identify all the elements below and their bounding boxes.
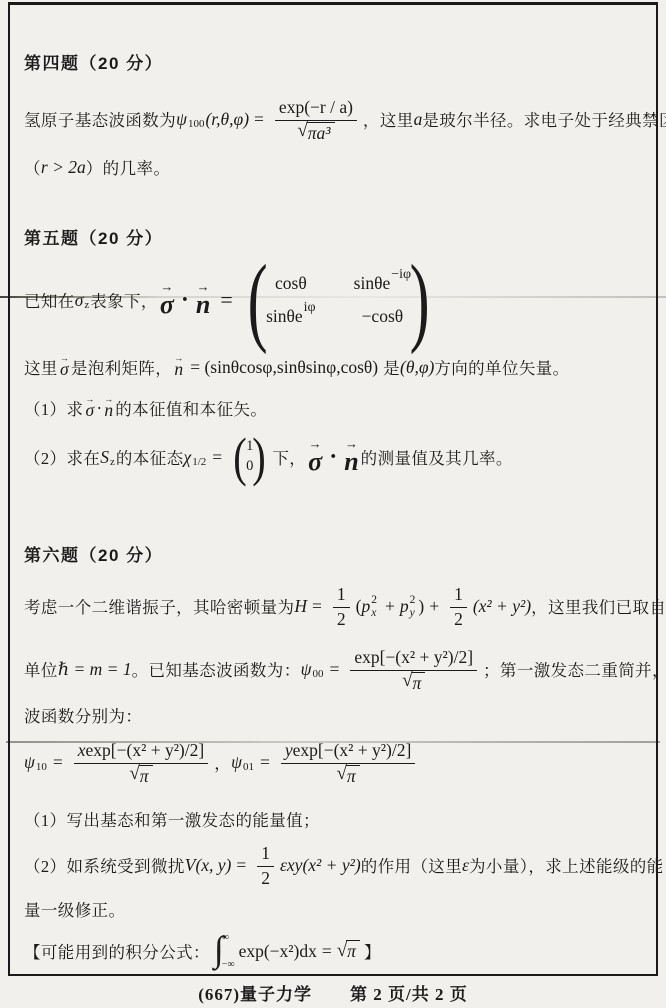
question-4-condition-line: （ r > 2a ）的几率。 xyxy=(24,154,644,180)
momentum-x: p xyxy=(362,596,371,617)
q6-item2-cont-text: 量一级修正。 xyxy=(24,897,125,921)
q5-desc-pre: 这里 xyxy=(24,355,58,379)
superscript: 2 xyxy=(371,595,377,607)
n-base: n xyxy=(104,402,113,420)
q5-intro-mid: 表象下， xyxy=(90,288,158,312)
question-4-title: 第四题（20 分） xyxy=(24,49,644,74)
fraction-denominator: 2 xyxy=(333,608,350,630)
question-4-intro-line: 氢原子基态波函数为 ψ 100 (r,θ,φ) = exp(−r / a) √ … xyxy=(24,88,644,150)
q6-item2-pre: （2）如系统受到微扰 xyxy=(24,853,185,877)
psi-symbol: ψ xyxy=(301,659,312,680)
matrix-entry-22: −cosθ xyxy=(362,306,404,327)
question-5-item-1: （1）求 → σ · → n 的本征值和本征矢。 xyxy=(24,395,644,421)
chi-symbol: χ xyxy=(184,447,192,468)
variable-y: y xyxy=(285,740,293,760)
spin-operator: S xyxy=(100,447,109,468)
one-half-fraction: 1 2 xyxy=(257,843,274,889)
question-6-item-2-continued: 量一级修正。 xyxy=(24,896,644,922)
integral-formula: ∫ ∞ −∞ exp(−x²)dx = √ π xyxy=(214,932,360,970)
psi10-fraction: xexp[−(x² + y²)/2] √ π xyxy=(74,740,208,787)
fraction-numerator: yexp[−(x² + y²)/2] xyxy=(281,740,415,764)
radicand: πa³ xyxy=(307,122,335,144)
fraction-denominator: 2 xyxy=(257,867,274,889)
bohr-radius-variable: a xyxy=(414,109,423,130)
psi-subscript: 10 xyxy=(36,761,47,773)
psi100-fraction: exp(−r / a) √ πa³ xyxy=(275,97,357,144)
matrix-right-paren: ) xyxy=(410,256,430,344)
perturbation-expression: εxy(x² + y²) xyxy=(280,855,361,876)
entry-exponent: iφ xyxy=(304,300,316,316)
psi01-fraction: yexp[−(x² + y²)/2] √ π xyxy=(281,740,415,787)
question-4-section: 第四题（20 分） 氢原子基态波函数为 ψ 100 (r,θ,φ) = exp(… xyxy=(24,49,644,180)
fraction-denominator: √ π xyxy=(281,764,415,787)
question-5-item-2: （2）求在 S z 的本征态 χ 1/2 = ( 1 0 ) 下， → σ · xyxy=(24,429,644,485)
matrix-entry-11: cosθ xyxy=(275,273,307,294)
question-6-item-2: （2）如系统受到微扰 V(x, y) = 1 2 εxy(x² + y²) 的作… xyxy=(24,836,644,894)
pauli-matrix: ( cosθ sinθe−iφ sinθeiφ −cosθ ) xyxy=(241,256,437,344)
paren-close: ) xyxy=(418,596,424,617)
epsilon-symbol: ε xyxy=(462,855,469,876)
plus-sign: + xyxy=(429,596,439,617)
fraction-denominator: 2 xyxy=(450,608,467,630)
sigma-base: σ xyxy=(86,402,95,420)
n-vector-small: → n xyxy=(104,396,113,420)
sigma-symbol: σ xyxy=(75,290,84,311)
question-6-hamiltonian-line: 考虑一个二维谐振子，其哈密顿量为 H = 1 2 ( p 2 x + p 2 y… xyxy=(24,574,644,638)
entry-base: sinθe xyxy=(354,273,391,294)
radicand: π xyxy=(346,765,360,787)
n-vector-small: → n xyxy=(174,355,183,379)
q5-item2-pre: （2）求在 xyxy=(24,445,100,469)
radical-sign: √ xyxy=(129,764,139,783)
n-base: n xyxy=(174,361,183,379)
exp-term: exp[−(x² + y²)/2] xyxy=(86,740,205,760)
q5-item1-pre: （1）求 xyxy=(24,396,83,420)
formula-separator: ， xyxy=(214,750,231,774)
dot-product-symbol: · xyxy=(96,398,102,419)
sigma-subscript: z xyxy=(84,299,89,311)
dot-product-symbol: · xyxy=(329,444,337,471)
natural-units: ℏ = m = 1 xyxy=(58,659,132,680)
plus-sign: + xyxy=(385,596,395,617)
radicand: π xyxy=(346,940,360,962)
sigma-base: σ xyxy=(60,361,69,379)
fraction-denominator: √ π xyxy=(74,764,208,787)
entry-exponent: −iφ xyxy=(391,267,411,283)
n-vector-base: n xyxy=(344,449,358,475)
vector-right-paren: ) xyxy=(253,433,266,481)
q4-intro-pre: 氢原子基态波函数为 xyxy=(24,107,176,131)
psi-subscript: 100 xyxy=(188,118,205,130)
radical-sign: √ xyxy=(337,941,347,960)
q6-l3-text: 波函数分别为： xyxy=(24,703,142,727)
q5-desc-mid1: 是泡利矩阵， xyxy=(71,355,172,379)
n-vector-components: = (sinθcosφ,sinθsinφ,cosθ) xyxy=(190,357,378,378)
equals-sign: = xyxy=(312,596,322,617)
equals-sign: = xyxy=(329,659,339,680)
integral-sign: ∫ xyxy=(214,931,224,967)
entry-base: sinθe xyxy=(266,306,303,327)
exp-term: exp[−(x² + y²)/2] xyxy=(293,740,412,760)
psi-symbol: ψ xyxy=(176,109,187,130)
exam-page-border: 第四题（20 分） 氢原子基态波函数为 ψ 100 (r,θ,φ) = exp(… xyxy=(8,2,658,976)
question-6-title: 第六题（20 分） xyxy=(24,541,644,566)
sigma-vector-base: σ xyxy=(160,292,174,318)
angle-pair: (θ,φ) xyxy=(400,357,434,378)
q5-item2-mid2: 下， xyxy=(272,445,306,469)
question-6-item-1: （1）写出基态和第一激发态的能量值； xyxy=(24,806,644,832)
perturbation-symbol: V(x, y) xyxy=(185,855,232,876)
q4-intro-mid: ，这里 xyxy=(363,107,414,131)
radicand: π xyxy=(139,765,153,787)
fraction-numerator: 1 xyxy=(333,584,350,608)
psi-subscript: 01 xyxy=(243,761,254,773)
equals-sign: = xyxy=(212,447,222,468)
radical-sign: √ xyxy=(402,671,412,690)
q6-item2-post: 为小量），求上述能级的能 xyxy=(469,853,664,877)
chi-subscript: 1/2 xyxy=(192,456,206,468)
equals-sign: = xyxy=(220,287,232,313)
ground-state-fraction: exp[−(x² + y²)/2] √ π xyxy=(350,647,477,694)
fraction-numerator: 1 xyxy=(257,843,274,867)
psi-arguments: (r,θ,φ) xyxy=(205,109,249,130)
q6-l2-post: ；第一激发态二重简并， xyxy=(483,657,666,681)
spinor-column-vector: ( 1 0 ) xyxy=(231,433,268,481)
q5-desc-post: 方向的单位矢量。 xyxy=(434,355,569,379)
equals-sign: = xyxy=(322,941,332,962)
sigma-vector: → σ xyxy=(160,282,174,317)
question-5-title: 第五题（20 分） xyxy=(24,224,644,249)
q6-l1-post: ，这里我们已取自然 xyxy=(531,594,666,618)
fraction-numerator: exp[−(x² + y²)/2] xyxy=(350,647,477,671)
n-vector-base: n xyxy=(196,292,210,318)
subscript: x xyxy=(371,608,376,620)
n-vector: → n xyxy=(344,439,358,474)
fraction-numerator: 1 xyxy=(450,584,467,608)
matrix-entries: cosθ sinθe−iφ sinθeiφ −cosθ xyxy=(264,273,413,327)
one-half-fraction: 1 2 xyxy=(450,584,467,630)
superscript: 2 xyxy=(410,595,416,607)
radical-sign: √ xyxy=(297,121,307,140)
sigma-vector-small: → σ xyxy=(85,396,94,420)
footer-page-number: 第 2 页/共 2 页 xyxy=(350,985,468,1004)
equals-sign: = xyxy=(254,109,264,130)
q6-l2-mid: 。已知基态波函数为： xyxy=(132,657,301,681)
q6-l2-pre: 单位 xyxy=(24,657,58,681)
q5-intro-pre: 已知在 xyxy=(24,288,75,312)
question-6-hint-line: 【可能用到的积分公式： ∫ ∞ −∞ exp(−x²)dx = √ π 】 xyxy=(24,928,644,974)
psi-symbol: ψ xyxy=(231,752,242,773)
matrix-left-paren: ( xyxy=(247,256,267,344)
q4-paren-open: （ xyxy=(24,155,41,179)
question-6-excited-formulas: ψ 10 = xexp[−(x² + y²)/2] √ π ， ψ 01 = y… xyxy=(24,730,644,794)
q4-intro-post: 是玻尔半径。求电子处于经典禁区 xyxy=(422,107,666,131)
fraction-numerator: exp(−r / a) xyxy=(275,97,357,121)
one-half-fraction: 1 2 xyxy=(333,584,350,630)
n-vector: → n xyxy=(196,282,210,317)
question-6-ground-state-line: 单位 ℏ = m = 1 。已知基态波函数为： ψ 00 = exp[−(x² … xyxy=(24,638,644,700)
question-6-wavefunctions-label: 波函数分别为： xyxy=(24,702,644,728)
equals-sign: = xyxy=(260,752,270,773)
fraction-numerator: xexp[−(x² + y²)/2] xyxy=(74,740,208,764)
page-footer: (667)量子力学第 2 页/共 2 页 xyxy=(0,980,666,1005)
momentum-y: p xyxy=(400,596,409,617)
variable-x: x xyxy=(78,740,86,760)
matrix-entry-12: sinθe−iφ xyxy=(354,273,411,294)
subscript: y xyxy=(410,608,415,620)
vector-left-paren: ( xyxy=(233,433,246,481)
momentum-y-scripts: 2 y xyxy=(410,595,416,620)
integrand: exp(−x²)dx xyxy=(239,941,317,962)
sigma-vector-small: → σ xyxy=(60,355,69,379)
question-5-description-line: 这里 → σ 是泡利矩阵， → n = (sinθcosφ,sinθsinφ,c… xyxy=(24,353,644,381)
question-5-matrix-line: 已知在 σ z 表象下， → σ · → n = ( cosθ sinθe−iφ… xyxy=(24,249,644,351)
footer-course-code: (667)量子力学 xyxy=(198,985,312,1004)
psi-symbol: ψ xyxy=(24,752,35,773)
q6-item2-mid: 的作用（这里 xyxy=(361,853,462,877)
dot-product-symbol: · xyxy=(181,287,189,314)
fraction-denominator: √ πa³ xyxy=(275,121,357,144)
sigma-vector: → σ xyxy=(308,439,322,474)
hamiltonian-symbol: H xyxy=(294,596,307,617)
psi-subscript: 00 xyxy=(312,668,323,680)
radical-sign: √ xyxy=(336,764,346,783)
hint-pre: 【可能用到的积分公式： xyxy=(24,939,210,963)
equals-sign: = xyxy=(236,855,246,876)
q5-item1-post: 的本征值和本征矢。 xyxy=(115,396,267,420)
spin-subscript: z xyxy=(110,456,115,468)
momentum-x-scripts: 2 x xyxy=(371,595,377,620)
q5-item2-mid1: 的本征态 xyxy=(116,445,184,469)
sigma-vector-base: σ xyxy=(308,449,322,475)
fraction-denominator: √ π xyxy=(350,671,477,694)
q4-condition-post: ）的几率。 xyxy=(86,155,171,179)
equals-sign: = xyxy=(53,752,63,773)
q4-condition-math: r > 2a xyxy=(41,157,86,178)
position-squared-group: (x² + y²) xyxy=(473,596,531,617)
q6-l1-pre: 考虑一个二维谐振子，其哈密顿量为 xyxy=(24,594,294,618)
radicand: π xyxy=(412,672,426,694)
matrix-entry-21: sinθeiφ xyxy=(266,306,316,327)
q5-desc-mid2: 是 xyxy=(383,355,400,379)
q5-item2-post: 的测量值及其几率。 xyxy=(361,445,513,469)
hint-post: 】 xyxy=(364,939,381,963)
question-6-section: 第六题（20 分） 考虑一个二维谐振子，其哈密顿量为 H = 1 2 ( p 2… xyxy=(24,541,644,974)
q6-item1-text: （1）写出基态和第一激发态的能量值； xyxy=(24,807,320,831)
question-5-section: 第五题（20 分） 已知在 σ z 表象下， → σ · → n = ( cos… xyxy=(24,224,644,485)
